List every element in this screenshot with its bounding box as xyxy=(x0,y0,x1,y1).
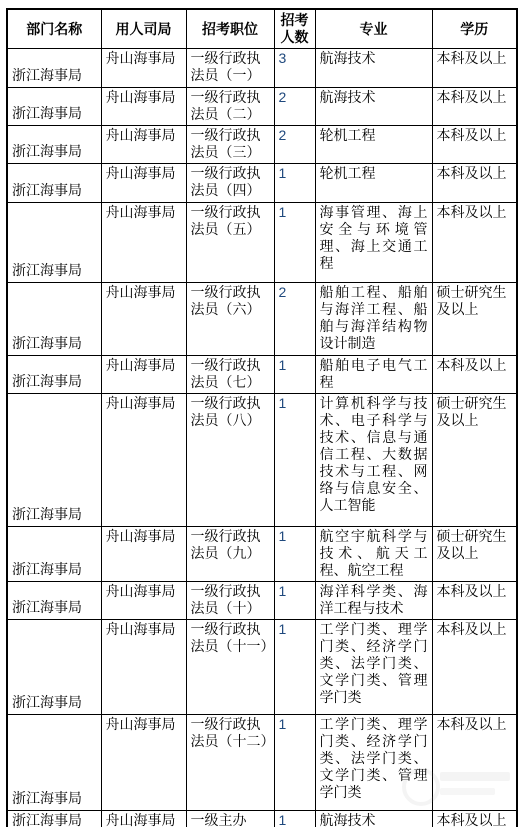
count-cell: 3 xyxy=(274,49,315,88)
education-cell: 硕士研究生及以上 xyxy=(432,527,517,582)
position-cell: 一级行政执法员（五） xyxy=(186,203,274,283)
major-cell: 船舶工程、船舶与海洋工程、船舶与海洋结构物设计制造 xyxy=(315,283,432,356)
dept-cell: 浙江海事局 xyxy=(7,811,101,827)
position-cell: 一级行政执法员（十） xyxy=(186,582,274,620)
education-cell: 本科及以上 xyxy=(432,203,517,283)
position-cell: 一级行政执法员（八） xyxy=(186,394,274,527)
bureau-cell: 舟山海事局 xyxy=(101,620,186,715)
dept-cell: 浙江海事局 xyxy=(7,203,101,283)
major-cell: 航海技术 xyxy=(315,811,432,827)
header-dept: 部门名称 xyxy=(7,9,101,49)
count-cell: 2 xyxy=(274,283,315,356)
bureau-cell: 舟山海事局 xyxy=(101,394,186,527)
header-row: 部门名称 用人司局 招考职位 招考人数 专业 学历 xyxy=(7,9,517,49)
education-cell: 本科及以上 xyxy=(432,715,517,811)
table-row: 浙江海事局 舟山海事局 一级行政执法员（七） 1 船舶电子电气工程 本科及以上 xyxy=(7,356,517,394)
dept-cell: 浙江海事局 xyxy=(7,126,101,164)
major-cell: 海事管理、海上安全与环境管理、海上交通工程 xyxy=(315,203,432,283)
header-education: 学历 xyxy=(432,9,517,49)
education-cell: 本科及以上 xyxy=(432,88,517,126)
header-bureau: 用人司局 xyxy=(101,9,186,49)
header-position: 招考职位 xyxy=(186,9,274,49)
bureau-cell: 舟山海事局 xyxy=(101,88,186,126)
bureau-cell: 舟山海事局 xyxy=(101,356,186,394)
bureau-cell: 舟山海事局 xyxy=(101,49,186,88)
education-cell: 本科及以上 xyxy=(432,620,517,715)
major-cell: 工学门类、理学门类、经济学门类、法学门类、文学门类、管理学门类 xyxy=(315,715,432,811)
education-cell: 本科及以上 xyxy=(432,356,517,394)
education-cell: 本科及以上 xyxy=(432,49,517,88)
table-row: 浙江海事局 舟山海事局 一级行政执法员（八） 1 计算机科学与技术、电子科学与技… xyxy=(7,394,517,527)
count-cell: 1 xyxy=(274,394,315,527)
table-row: 浙江海事局 舟山海事局 一级行政执法员（十） 1 海洋科学类、海洋工程与技术 本… xyxy=(7,582,517,620)
position-cell: 一级行政执法员（六） xyxy=(186,283,274,356)
education-cell: 本科及以上 xyxy=(432,582,517,620)
table-header: 部门名称 用人司局 招考职位 招考人数 专业 学历 xyxy=(7,9,517,49)
header-count: 招考人数 xyxy=(274,9,315,49)
dept-cell: 浙江海事局 xyxy=(7,394,101,527)
count-cell: 1 xyxy=(274,527,315,582)
bureau-cell: 舟山海事局 xyxy=(101,203,186,283)
bureau-cell: 舟山海事局 xyxy=(101,715,186,811)
major-cell: 计算机科学与技术、电子科学与技术、信息与通信工程、大数据技术与工程、网络与信息安… xyxy=(315,394,432,527)
dept-cell: 浙江海事局 xyxy=(7,88,101,126)
dept-cell: 浙江海事局 xyxy=(7,715,101,811)
count-cell: 1 xyxy=(274,356,315,394)
dept-cell: 浙江海事局 xyxy=(7,283,101,356)
table-row: 浙江海事局 舟山海事局 一级行政执法员（十二） 1 工学门类、理学门类、经济学门… xyxy=(7,715,517,811)
table-row: 浙江海事局 舟山海事局 一级行政执法员（一） 3 航海技术 本科及以上 xyxy=(7,49,517,88)
table-row: 浙江海事局 舟山海事局 一级行政执法员（四） 1 轮机工程 本科及以上 xyxy=(7,164,517,203)
bureau-cell: 舟山海事局 xyxy=(101,527,186,582)
count-cell: 2 xyxy=(274,88,315,126)
bureau-cell: 舟山海事局 xyxy=(101,126,186,164)
position-cell: 一级行政执法员（三） xyxy=(186,126,274,164)
position-cell: 一级行政执法员（一） xyxy=(186,49,274,88)
dept-cell: 浙江海事局 xyxy=(7,527,101,582)
count-cell: 1 xyxy=(274,582,315,620)
table-row: 浙江海事局 舟山海事局 一级行政执法员（六） 2 船舶工程、船舶与海洋工程、船舶… xyxy=(7,283,517,356)
bureau-cell: 舟山海事局 xyxy=(101,283,186,356)
position-cell: 一级行政执法员（十二） xyxy=(186,715,274,811)
count-cell: 1 xyxy=(274,715,315,811)
count-cell: 1 xyxy=(274,203,315,283)
table-body: 浙江海事局 舟山海事局 一级行政执法员（一） 3 航海技术 本科及以上 浙江海事… xyxy=(7,49,517,827)
position-cell: 一级主办 xyxy=(186,811,274,827)
recruitment-table-page: 部门名称 用人司局 招考职位 招考人数 专业 学历 浙江海事局 舟山海事局 一级… xyxy=(0,0,522,827)
position-cell: 一级行政执法员（七） xyxy=(186,356,274,394)
education-cell: 本科及以上 xyxy=(432,126,517,164)
count-cell: 1 xyxy=(274,164,315,203)
table-row: 浙江海事局 舟山海事局 一级行政执法员（三） 2 轮机工程 本科及以上 xyxy=(7,126,517,164)
major-cell: 航海技术 xyxy=(315,49,432,88)
major-cell: 轮机工程 xyxy=(315,164,432,203)
recruitment-table: 部门名称 用人司局 招考职位 招考人数 专业 学历 浙江海事局 舟山海事局 一级… xyxy=(6,8,518,827)
bureau-cell: 舟山海事局 xyxy=(101,811,186,827)
major-cell: 船舶电子电气工程 xyxy=(315,356,432,394)
major-cell: 轮机工程 xyxy=(315,126,432,164)
dept-cell: 浙江海事局 xyxy=(7,620,101,715)
education-cell: 硕士研究生及以上 xyxy=(432,283,517,356)
table-row: 浙江海事局 舟山海事局 一级行政执法员（五） 1 海事管理、海上安全与环境管理、… xyxy=(7,203,517,283)
dept-cell: 浙江海事局 xyxy=(7,356,101,394)
major-cell: 海洋科学类、海洋工程与技术 xyxy=(315,582,432,620)
table-row: 浙江海事局 舟山海事局 一级行政执法员（二） 2 航海技术 本科及以上 xyxy=(7,88,517,126)
dept-cell: 浙江海事局 xyxy=(7,49,101,88)
dept-cell: 浙江海事局 xyxy=(7,164,101,203)
education-cell: 本科及以上 xyxy=(432,811,517,827)
position-cell: 一级行政执法员（四） xyxy=(186,164,274,203)
bureau-cell: 舟山海事局 xyxy=(101,582,186,620)
bureau-cell: 舟山海事局 xyxy=(101,164,186,203)
table-row: 浙江海事局 舟山海事局 一级行政执法员（十一） 1 工学门类、理学门类、经济学门… xyxy=(7,620,517,715)
count-cell: 1 xyxy=(274,620,315,715)
dept-cell: 浙江海事局 xyxy=(7,582,101,620)
count-cell: 1 xyxy=(274,811,315,827)
major-cell: 工学门类、理学门类、经济学门类、法学门类、文学门类、管理学门类 xyxy=(315,620,432,715)
education-cell: 本科及以上 xyxy=(432,164,517,203)
header-major: 专业 xyxy=(315,9,432,49)
table-row: 浙江海事局 舟山海事局 一级主办 1 航海技术 本科及以上 xyxy=(7,811,517,827)
count-cell: 2 xyxy=(274,126,315,164)
major-cell: 航空宇航科学与技术、航天工程、航空工程 xyxy=(315,527,432,582)
position-cell: 一级行政执法员（十一） xyxy=(186,620,274,715)
position-cell: 一级行政执法员（九） xyxy=(186,527,274,582)
education-cell: 硕士研究生及以上 xyxy=(432,394,517,527)
major-cell: 航海技术 xyxy=(315,88,432,126)
table-row: 浙江海事局 舟山海事局 一级行政执法员（九） 1 航空宇航科学与技术、航天工程、… xyxy=(7,527,517,582)
position-cell: 一级行政执法员（二） xyxy=(186,88,274,126)
